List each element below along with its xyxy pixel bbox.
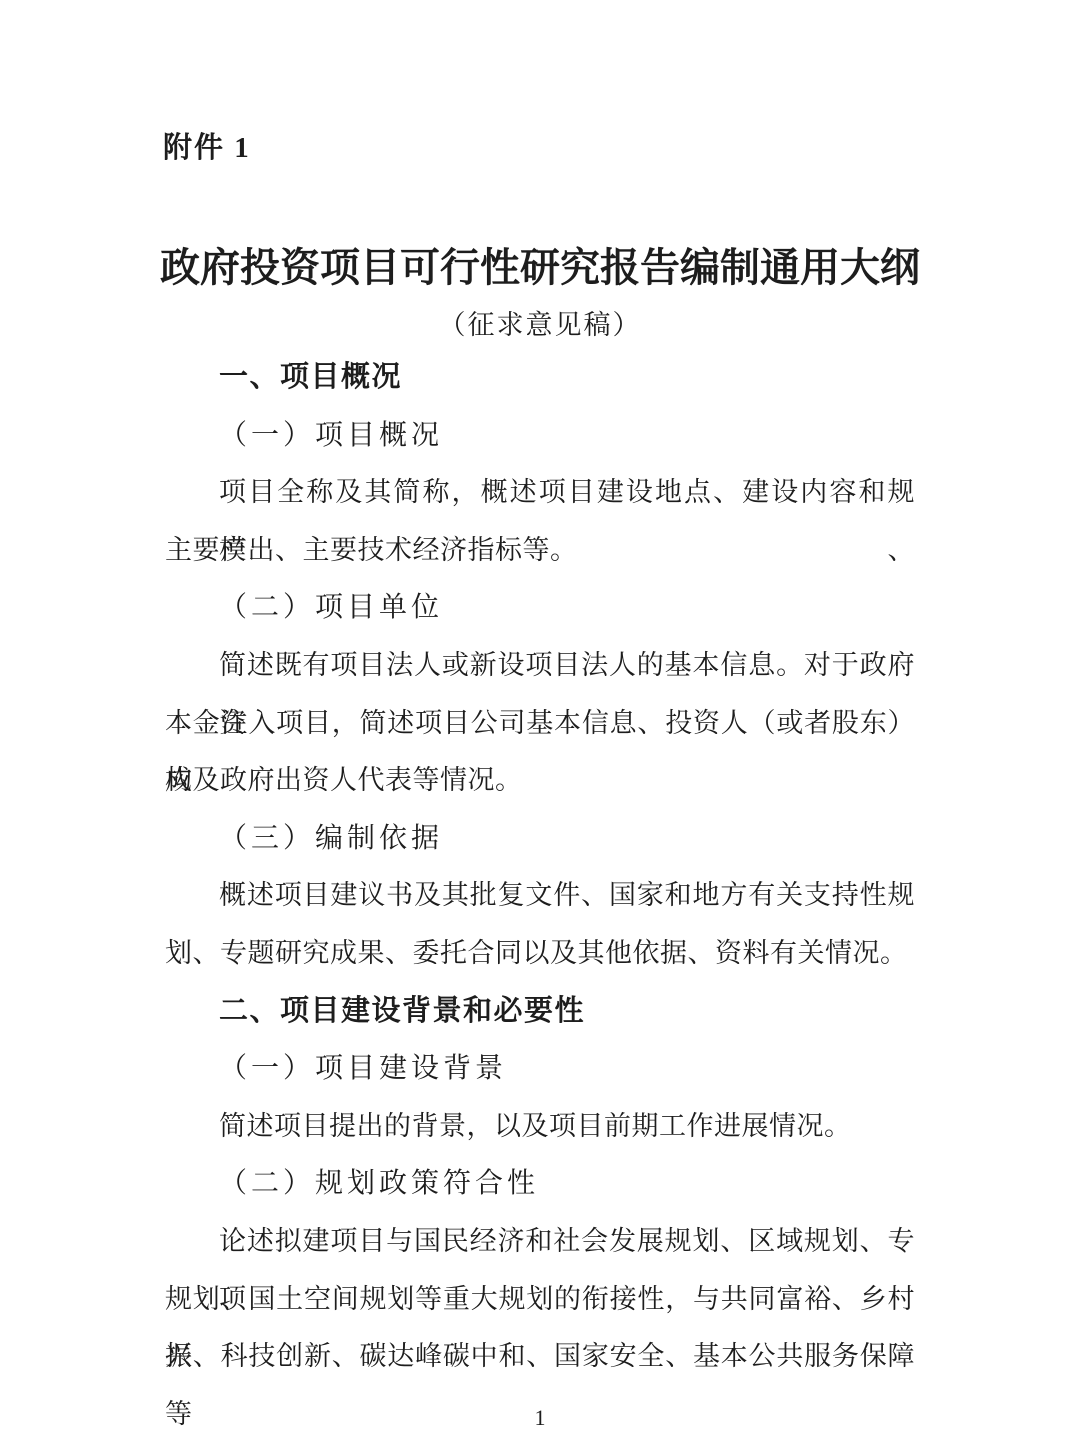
document-subtitle: （征求意见稿）	[0, 306, 1080, 344]
section-heading: 二、项目建设背景和必要性	[165, 983, 915, 1041]
subsection-heading: （二）项目单位	[165, 579, 915, 637]
document-title: 政府投资项目可行性研究报告编制通用大纲	[0, 240, 1080, 296]
body-text-line: 划、专题研究成果、委托合同以及其他依据、资料有关情况。	[165, 925, 915, 983]
subsection-heading: （一）项目概况	[165, 407, 915, 465]
subsection-heading: （二）规划政策符合性	[165, 1155, 915, 1213]
body-text-line: 项目全称及其简称，概述项目建设地点、建设内容和规模、	[165, 464, 915, 522]
body-text-line: 概述项目建议书及其批复文件、国家和地方有关支持性规	[165, 867, 915, 925]
subsection-heading: （三）编制依据	[165, 810, 915, 868]
body-text-line: 兴、科技创新、碳达峰碳中和、国家安全、基本公共服务保障等	[165, 1328, 915, 1386]
attachment-label: 附件 1	[163, 128, 251, 168]
section-heading: 一、项目概况	[165, 349, 915, 407]
subsection-heading: （一）项目建设背景	[165, 1040, 915, 1098]
body-text-line: 本金注入项目，简述项目公司基本信息、投资人（或者股东）构	[165, 695, 915, 753]
body-text-line: 论述拟建项目与国民经济和社会发展规划、区域规划、专项	[165, 1213, 915, 1271]
body-text-line: 简述项目提出的背景，以及项目前期工作进展情况。	[165, 1098, 915, 1156]
page-number: 1	[0, 1404, 1080, 1432]
document-body: 一、项目概况（一）项目概况项目全称及其简称，概述项目建设地点、建设内容和规模、主…	[165, 349, 915, 1386]
body-text-line: 成及政府出资人代表等情况。	[165, 752, 915, 810]
document-page: 附件 1 政府投资项目可行性研究报告编制通用大纲 （征求意见稿） 一、项目概况（…	[0, 0, 1080, 1444]
body-text-line: 简述既有项目法人或新设项目法人的基本信息。对于政府资	[165, 637, 915, 695]
body-text-line: 规划、国土空间规划等重大规划的衔接性，与共同富裕、乡村振	[165, 1271, 915, 1329]
